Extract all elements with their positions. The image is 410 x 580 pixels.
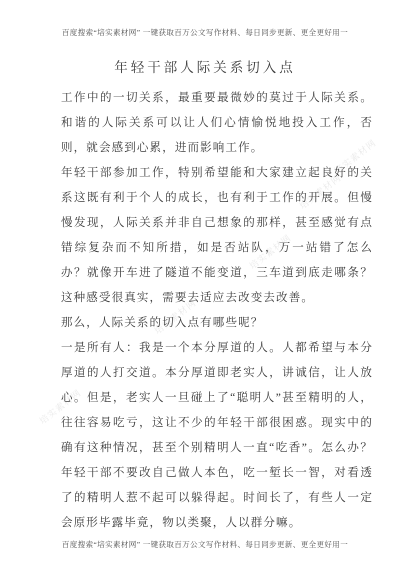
page-footer-watermark-text: 百度搜索“培实素材网” 一键获取百万公文写作材料、每日同步更新、更全更好用一 xyxy=(0,539,410,550)
document-title: 年轻干部人际关系切入点 xyxy=(0,56,410,76)
page-header-watermark-text: 百度搜索“培实素材网” 一键获取百万公文写作材料、每日同步更新、更全更好用一 xyxy=(0,27,410,38)
body-paragraph: 工作中的一切关系，最重要最微妙的莫过于人际关系。和谐的人际关系可以让人们心情愉悦… xyxy=(61,86,373,161)
document-page: 百度搜索“培实素材网” 一键获取百万公文写作材料、每日同步更新、更全更好用一 年… xyxy=(0,0,410,580)
body-paragraph: 一是所有人：我是一个本分厚道的人。人都希望与本分厚道的人打交道。本分厚道即老实人… xyxy=(61,336,373,536)
document-body: 工作中的一切关系，最重要最微妙的莫过于人际关系。和谐的人际关系可以让人们心情愉悦… xyxy=(61,86,373,536)
body-paragraph: 年轻干部参加工作，特别希望能和大家建立起良好的关系这既有利于个人的成长，也有利于… xyxy=(61,161,373,311)
body-paragraph: 那么，人际关系的切入点有哪些呢？ xyxy=(61,311,373,336)
